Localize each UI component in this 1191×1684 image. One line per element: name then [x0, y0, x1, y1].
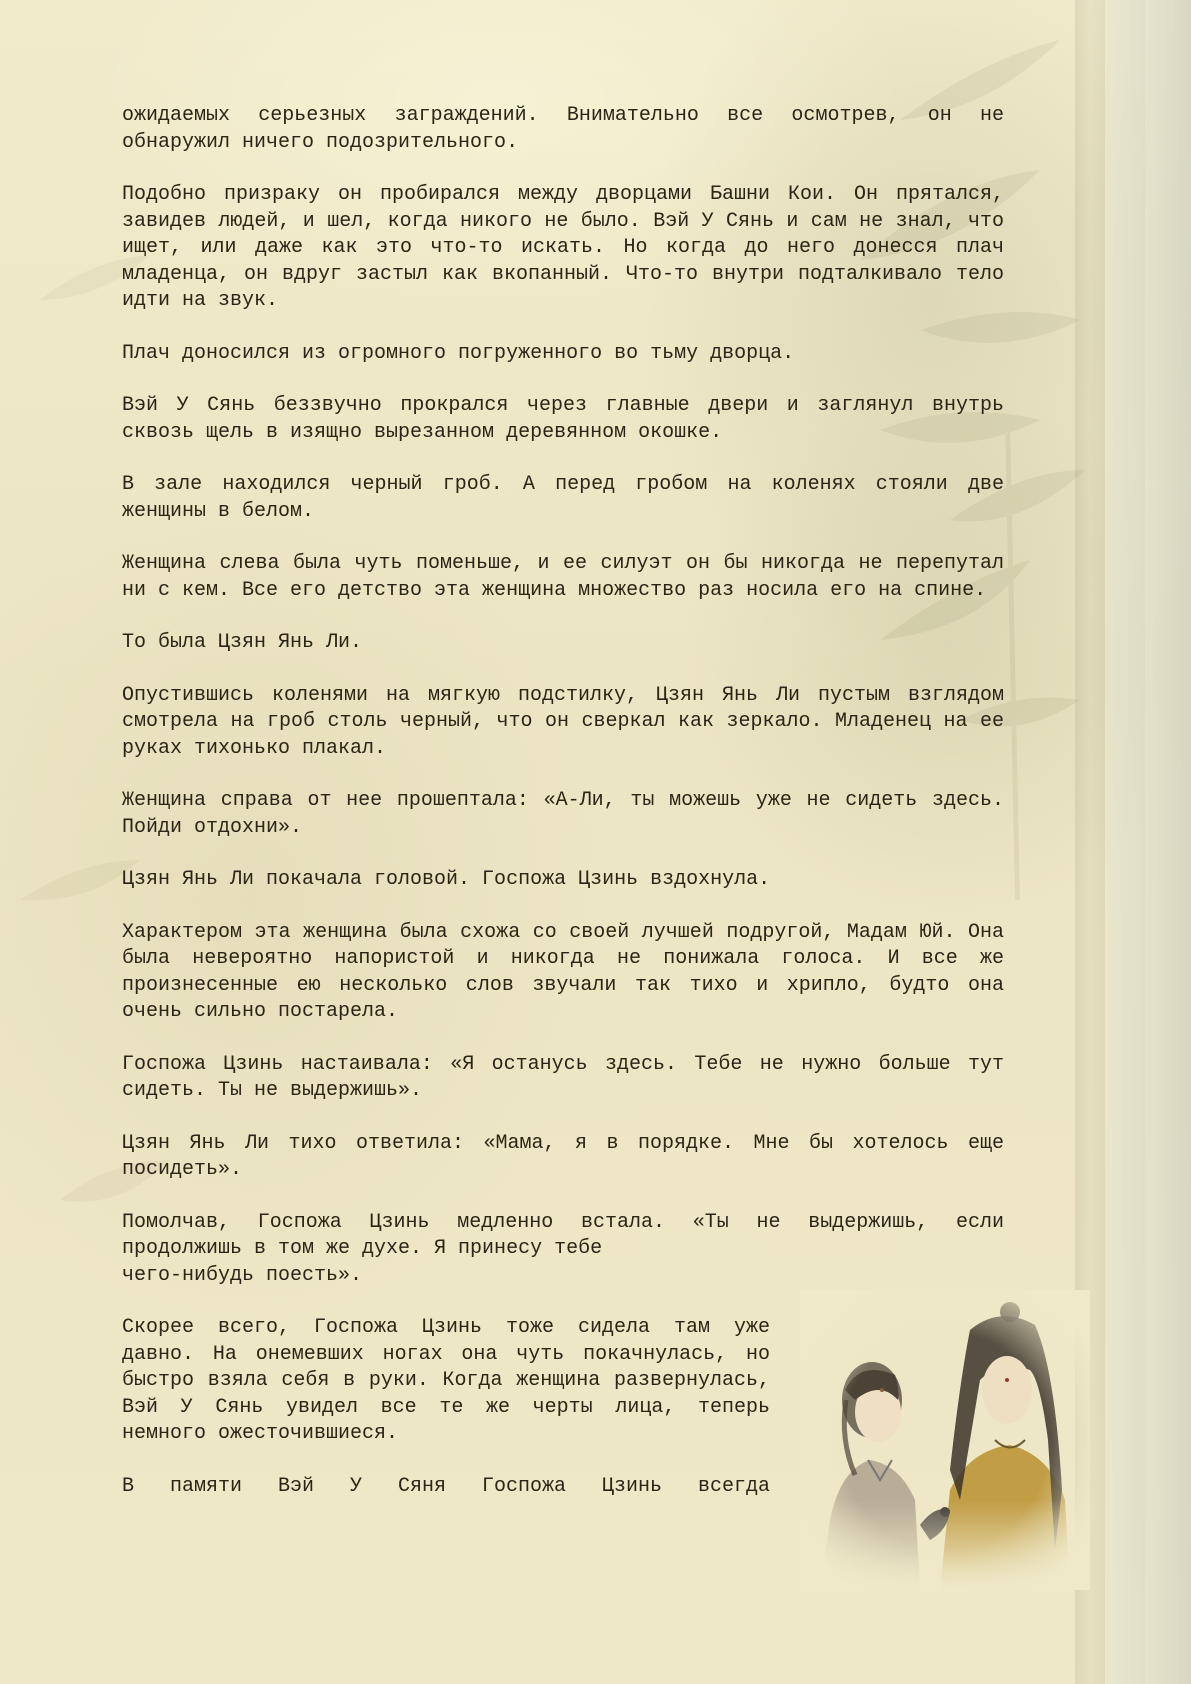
- column-band: [1105, 0, 1145, 1684]
- paragraph: Цзян Янь Ли тихо ответила: «Мама, я в по…: [122, 1131, 1004, 1184]
- paragraph: Характером эта женщина была схожа со сво…: [122, 920, 1004, 1026]
- paragraph: Цзян Янь Ли покачала головой. Госпожа Цз…: [122, 867, 1004, 894]
- paragraph: Женщина слева была чуть поменьше, и ее с…: [122, 551, 1004, 604]
- paragraph: Женщина справа от нее прошептала: «А-Ли,…: [122, 788, 1004, 841]
- column-edge-band: [1145, 0, 1191, 1684]
- paragraph: ожидаемых серьезных заграждений. Внимате…: [122, 103, 1004, 156]
- paragraph: Помолчав, Госпожа Цзинь медленно встала.…: [122, 1210, 1004, 1263]
- paragraph-continuation: чего-нибудь поесть».: [122, 1263, 1004, 1290]
- paragraph: Госпожа Цзинь настаивала: «Я останусь зд…: [122, 1052, 1004, 1105]
- paragraph: В памяти Вэй У Сяня Госпожа Цзинь всегда: [122, 1474, 770, 1501]
- paragraph: Плач доносился из огромного погруженного…: [122, 341, 1004, 368]
- document-body: ожидаемых серьезных заграждений. Внимате…: [122, 103, 1004, 1526]
- paragraph: Подобно призраку он пробирался между дво…: [122, 182, 1004, 315]
- paragraph: Скорее всего, Госпожа Цзинь тоже сидела …: [122, 1315, 770, 1448]
- paragraph: В зале находился черный гроб. А перед гр…: [122, 472, 1004, 525]
- paragraph: Опустившись коленями на мягкую подстилку…: [122, 683, 1004, 763]
- paragraph: То была Цзян Янь Ли.: [122, 630, 1004, 657]
- paragraph: Вэй У Сянь беззвучно прокрался через гла…: [122, 393, 1004, 446]
